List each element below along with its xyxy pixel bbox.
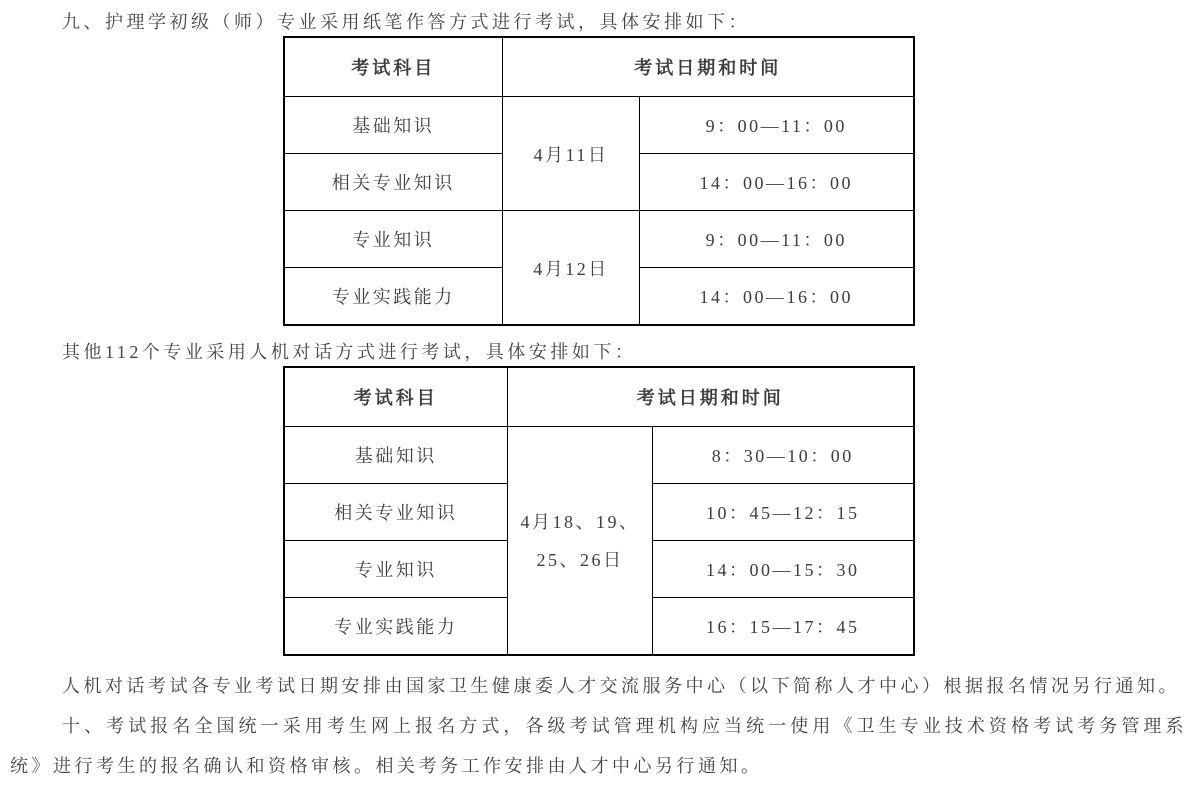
subject-cell: 专业实践能力 [284, 268, 503, 326]
paragraph-section-ten: 十、考试报名全国统一采用考生网上报名方式，各级考试管理机构应当统一使用《卫生专业… [10, 706, 1187, 786]
subject-cell: 基础知识 [284, 427, 508, 484]
document: 九、护理学初级（师）专业采用纸笔作答方式进行考试，具体安排如下： 考试科目 考试… [0, 0, 1199, 786]
subject-cell: 专业实践能力 [284, 598, 508, 656]
paragraph-section-ten-line2: 统》进行考生的报名确认和资格审核。相关考务工作安排由人才中心另行通知。 [10, 746, 1187, 786]
page: { "page": { "background": "#ffffff", "te… [0, 0, 1199, 794]
time-cell: 14：00—15：30 [653, 541, 914, 598]
date-cell: 4月11日 [503, 97, 640, 211]
time-cell: 9：00—11：00 [640, 97, 914, 154]
time-cell: 16：15—17：45 [653, 598, 914, 656]
table-row: 基础知识 4月18、19、 25、26日 8：30—10：00 [284, 427, 914, 484]
table-row: 专业知识 4月12日 9：00—11：00 [284, 211, 914, 268]
computer-exam-schedule-table: 考试科目 考试日期和时间 基础知识 4月18、19、 25、26日 8：30—1… [283, 366, 915, 656]
subject-cell: 专业知识 [284, 211, 503, 268]
subject-cell: 基础知识 [284, 97, 503, 154]
header-exam-date-time: 考试日期和时间 [503, 37, 914, 97]
time-cell: 10：45—12：15 [653, 484, 914, 541]
header-exam-subject: 考试科目 [284, 37, 503, 97]
subject-cell: 专业知识 [284, 541, 508, 598]
subject-cell: 相关专业知识 [284, 154, 503, 211]
paragraph-section-ten-line1: 十、考试报名全国统一采用考生网上报名方式，各级考试管理机构应当统一使用《卫生专业… [10, 706, 1187, 746]
header-exam-date-time: 考试日期和时间 [508, 367, 914, 427]
paper-exam-schedule-table: 考试科目 考试日期和时间 基础知识 4月11日 9：00—11：00 相关专业知… [283, 36, 915, 326]
time-cell: 14：00—16：00 [640, 268, 914, 326]
table-row: 基础知识 4月11日 9：00—11：00 [284, 97, 914, 154]
paragraph-section-nine: 九、护理学初级（师）专业采用纸笔作答方式进行考试，具体安排如下： [10, 8, 1187, 36]
table-header-row: 考试科目 考试日期和时间 [284, 37, 914, 97]
time-cell: 14：00—16：00 [640, 154, 914, 211]
date-cell: 4月18、19、 25、26日 [508, 427, 653, 656]
date-line: 25、26日 [508, 541, 652, 579]
date-cell: 4月12日 [503, 211, 640, 326]
paragraph-notice-dates: 人机对话考试各专业考试日期安排由国家卫生健康委人才交流服务中心（以下简称人才中心… [10, 666, 1187, 706]
header-exam-subject: 考试科目 [284, 367, 508, 427]
table-header-row: 考试科目 考试日期和时间 [284, 367, 914, 427]
date-line: 4月18、19、 [508, 503, 652, 541]
paragraph-other-specialties: 其他112个专业采用人机对话方式进行考试，具体安排如下： [10, 338, 1187, 366]
subject-cell: 相关专业知识 [284, 484, 508, 541]
time-cell: 8：30—10：00 [653, 427, 914, 484]
time-cell: 9：00—11：00 [640, 211, 914, 268]
